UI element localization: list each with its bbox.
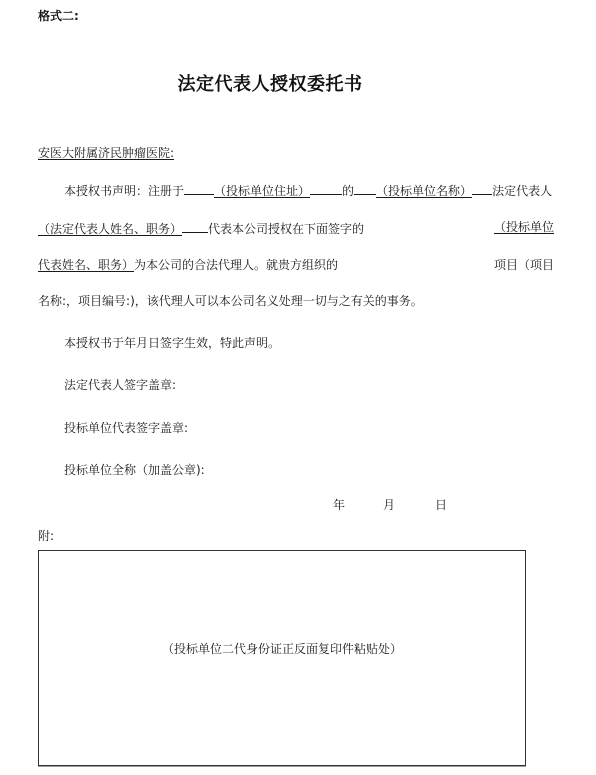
addressee: 安医大附属济民肿瘤医院: [38,145,174,161]
bidder-full-name-label: 投标单位全称（加盖公章): [64,462,205,478]
blank-underline [354,181,376,195]
effective-statement: 本授权书于年月日签字生效，特此声明。 [64,335,280,351]
attachment-label: 附: [38,528,54,544]
field-legal-rep-name: （法定代表人姓名、职务） [38,222,182,236]
date-month: 月 [383,497,395,513]
statement-line-2: （法定代表人姓名、职务）代表本公司授权在下面签字的 [38,219,364,237]
statement-agent: 为本公司的合法代理人。就贵方组织的 [134,258,338,272]
blank-underline [184,181,214,195]
field-agent-name-end: 代表姓名、职务） [38,258,134,272]
format-label: 格式二: [38,7,79,24]
statement-project: 项目（项目 [494,257,554,273]
field-agent-name-start: （投标单位 [494,219,554,235]
statement-line-3: 代表姓名、职务）为本公司的合法代理人。就贵方组织的 [38,257,338,273]
id-card-paste-instruction: （投标单位二代身份证正反面复印件粘贴处） [39,640,525,657]
blank-underline [472,181,492,195]
statement-legal-rep: 法定代表人 [492,184,552,198]
statement-of: 的 [342,184,354,198]
field-bidder-address: （投标单位住址） [214,184,310,198]
statement-prefix: 本授权书声明：注册于 [64,184,184,198]
bidder-rep-signature-label: 投标单位代表签字盖章: [64,420,188,436]
legal-rep-signature-label: 法定代表人签字盖章: [64,377,176,393]
id-card-paste-box: （投标单位二代身份证正反面复印件粘贴处） [38,550,526,766]
statement-authorize: 代表本公司授权在下面签字的 [208,222,364,236]
document-title: 法定代表人授权委托书 [0,70,540,96]
statement-line-1: 本授权书声明：注册于（投标单位住址）的（投标单位名称）法定代表人 [64,181,552,199]
field-bidder-name: （投标单位名称） [376,184,472,198]
date-day: 日 [435,497,447,513]
blank-underline [182,219,208,233]
blank-underline [310,181,342,195]
statement-line-4: 名称:，项目编号:)，该代理人可以本公司名义处理一切与之有关的事务。 [38,293,423,309]
date-year: 年 [333,497,345,513]
